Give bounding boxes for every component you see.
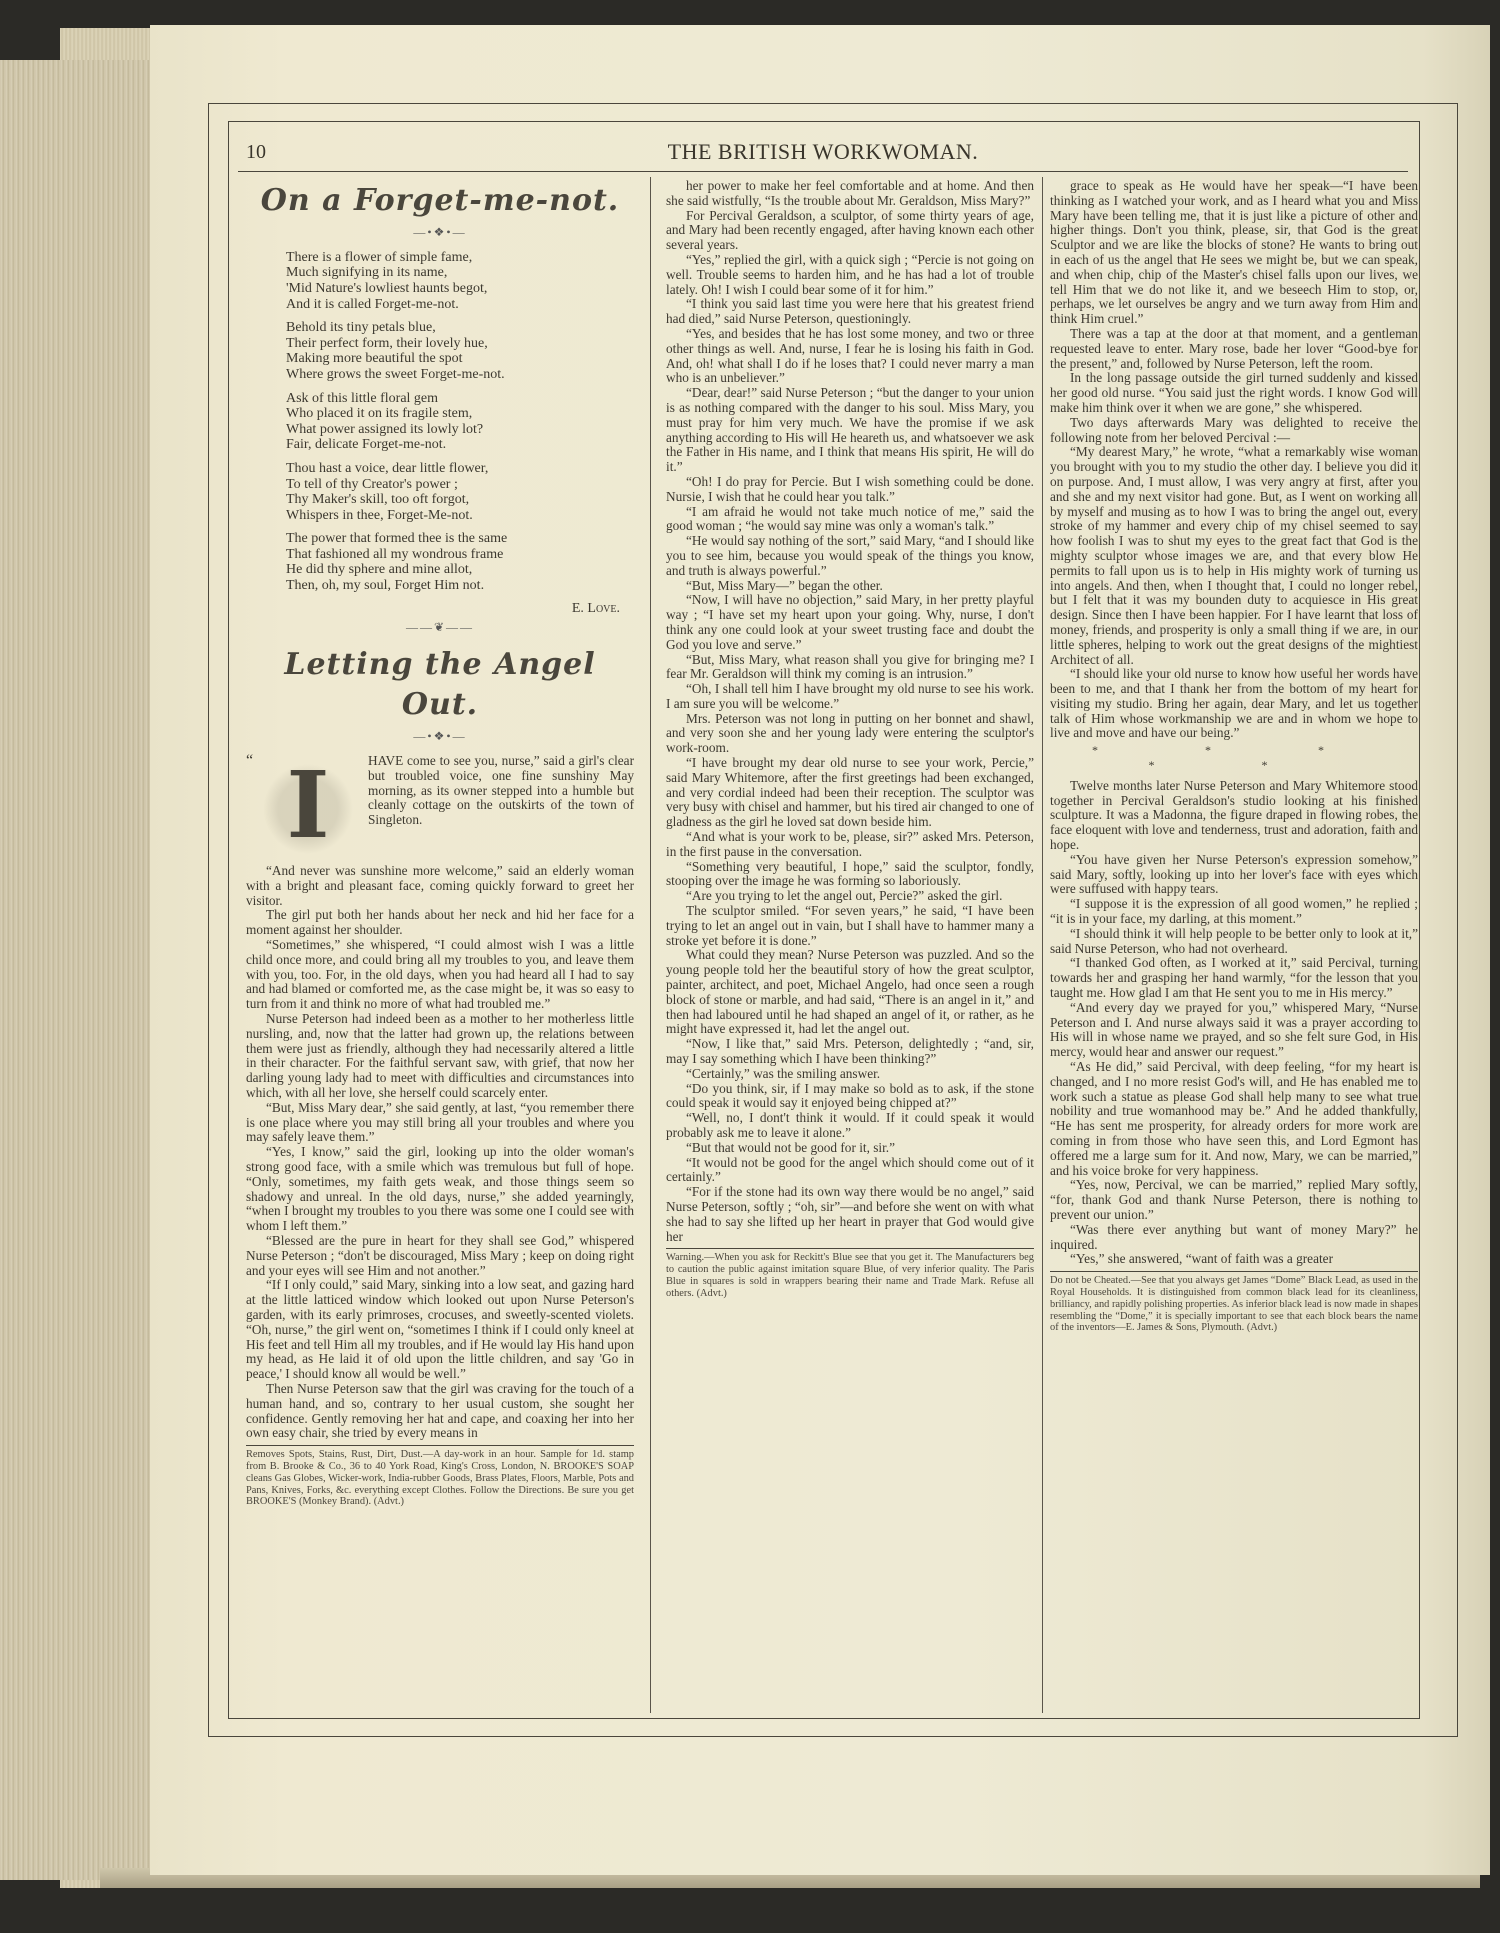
poem-stanza: Ask of this little floral gemWho placed …: [286, 391, 634, 453]
paragraph: Twelve months later Nurse Peterson and M…: [1050, 779, 1418, 853]
poem-line: Much signifying in its name,: [286, 265, 634, 281]
poem-line: Who placed it on its fragile stem,: [286, 406, 634, 422]
poem-line: Ask of this little floral gem: [286, 391, 634, 407]
paragraph: “I have brought my dear old nurse to see…: [666, 756, 1034, 830]
column-1: On a Forget-me-not. —•❖•— There is a flo…: [246, 179, 634, 1508]
paragraph: “Blessed are the pure in heart for they …: [246, 1234, 634, 1278]
poem-line: Their perfect form, their lovely hue,: [286, 336, 634, 352]
section-break-stars: * * * * *: [1050, 743, 1418, 773]
poem-stanza: The power that formed thee is the sameTh…: [286, 531, 634, 593]
paragraph: In the long passage outside the girl tur…: [1050, 371, 1418, 415]
poem-line: Thy Maker's skill, too oft forgot,: [286, 492, 634, 508]
poem-title: On a Forget-me-not.: [246, 181, 634, 221]
paragraph: The sculptor smiled. “For seven years,” …: [666, 904, 1034, 948]
column-3-paragraphs: grace to speak as He would have her spea…: [1050, 179, 1418, 741]
paragraph: “Yes, now, Percival, we can be married,”…: [1050, 1178, 1418, 1222]
paragraph: “You have given her Nurse Peterson's exp…: [1050, 853, 1418, 897]
poem-line: 'Mid Nature's lowliest haunts begot,: [286, 281, 634, 297]
paragraph: “Oh, I shall tell him I have brought my …: [666, 682, 1034, 712]
poem-line: The power that formed thee is the same: [286, 531, 634, 547]
paragraph: “Yes, I know,” said the girl, looking up…: [246, 1145, 634, 1234]
poem-line: Making more beautiful the spot: [286, 351, 634, 367]
poem-stanza: Behold its tiny petals blue,Their perfec…: [286, 320, 634, 382]
poem-line: He did thy sphere and mine allot,: [286, 562, 634, 578]
poem-line: Thou hast a voice, dear little flower,: [286, 461, 634, 477]
advert-james-dome-black-lead: Do not be Cheated.—See that you always g…: [1050, 1271, 1418, 1334]
poem-stanza: There is a flower of simple fame,Much si…: [286, 250, 634, 312]
paragraph: “I should think it will help people to b…: [1050, 927, 1418, 957]
paragraph: What could they mean? Nurse Peterson was…: [666, 948, 1034, 1037]
column-3-paragraphs-after-break: Twelve months later Nurse Peterson and M…: [1050, 779, 1418, 1267]
poem-line: There is a flower of simple fame,: [286, 250, 634, 266]
poem-line: Where grows the sweet Forget-me-not.: [286, 367, 634, 383]
paragraph: “Yes, and besides that he has lost some …: [666, 327, 1034, 386]
paragraph: Nurse Peterson had indeed been as a moth…: [246, 1012, 634, 1101]
decorative-dropcap-icon: I: [262, 750, 354, 868]
ornament-divider: —•❖•—: [246, 729, 634, 744]
column-2-paragraphs: her power to make her feel comfortable a…: [666, 179, 1034, 1244]
paragraph: “Now, I will have no objection,” said Ma…: [666, 593, 1034, 652]
poem-line: To tell of thy Creator's power ;: [286, 477, 634, 493]
paragraph: “Oh! I do pray for Percie. But I wish so…: [666, 475, 1034, 505]
masthead-title: THE BRITISH WORKWOMAN.: [238, 139, 1408, 165]
paragraph: “But, Miss Mary, what reason shall you g…: [666, 653, 1034, 683]
paragraph: Then Nurse Peterson saw that the girl wa…: [246, 1382, 634, 1441]
paragraph: “Yes,” replied the girl, with a quick si…: [666, 253, 1034, 297]
paragraph: “And never was sunshine more welcome,” s…: [246, 864, 634, 908]
paragraph: For Percival Geraldson, a sculptor, of s…: [666, 209, 1034, 253]
paragraph: “It would not be good for the angel whic…: [666, 1156, 1034, 1186]
column-divider-1: [650, 177, 651, 1713]
paragraph: “Are you trying to let the angel out, Pe…: [666, 889, 1034, 904]
paragraph: “And what is your work to be, please, si…: [666, 830, 1034, 860]
column-divider-2: [1042, 177, 1043, 1713]
paragraph: her power to make her feel comfortable a…: [666, 179, 1034, 209]
paragraph: “Dear, dear!” said Nurse Peterson ; “but…: [666, 386, 1034, 475]
paragraph: “I should like your old nurse to know ho…: [1050, 667, 1418, 741]
paragraph: “But that would not be good for it, sir.…: [666, 1141, 1034, 1156]
page-header: 10 THE BRITISH WORKWOMAN.: [238, 137, 1408, 172]
column-2: her power to make her feel comfortable a…: [666, 179, 1034, 1300]
poem-line: Then, oh, my soul, Forget Him not.: [286, 578, 634, 594]
paragraph: “I think you said last time you were her…: [666, 297, 1034, 327]
poem-line: Fair, delicate Forget-me-not.: [286, 437, 634, 453]
column-3: grace to speak as He would have her spea…: [1050, 179, 1418, 1334]
ornament-divider: —•❖•—: [246, 225, 634, 240]
paragraph: “My dearest Mary,” he wrote, “what a rem…: [1050, 445, 1418, 667]
paragraph: “But, Miss Mary—” began the other.: [666, 579, 1034, 594]
paragraph: “He would say nothing of the sort,” said…: [666, 534, 1034, 578]
book-page-edges: [0, 60, 160, 1880]
paragraph: Mrs. Peterson was not long in putting on…: [666, 712, 1034, 756]
poem-author: E. Love.: [246, 602, 620, 617]
column-1-paragraphs: “And never was sunshine more welcome,” s…: [246, 864, 634, 1441]
paragraph: “But, Miss Mary dear,” she said gently, …: [246, 1101, 634, 1145]
poem-line: Behold its tiny petals blue,: [286, 320, 634, 336]
paragraph: “I suppose it is the expression of all g…: [1050, 897, 1418, 927]
poem-line: Whispers in thee, Forget-Me-not.: [286, 508, 634, 524]
poem-line: And it is called Forget-me-not.: [286, 297, 634, 313]
paragraph: “And every day we prayed for you,” whisp…: [1050, 1001, 1418, 1060]
paragraph: “I am afraid he would not take much noti…: [666, 505, 1034, 535]
paragraph: “Yes,” she answered, “want of faith was …: [1050, 1252, 1418, 1267]
paragraph: “Well, no, I dont't think it would. If i…: [666, 1111, 1034, 1141]
paragraph: “I thanked God often, as I worked at it,…: [1050, 956, 1418, 1000]
poem-line: That fashioned all my wondrous frame: [286, 547, 634, 563]
story-opening-paragraph: “ I HAVE come to see you, nurse,” said a…: [246, 754, 634, 864]
opening-text: HAVE come to see you, nurse,” said a gir…: [368, 753, 634, 827]
advert-brookes-soap: Removes Spots, Stains, Rust, Dirt, Dust.…: [246, 1445, 634, 1508]
paragraph: grace to speak as He would have her spea…: [1050, 179, 1418, 327]
paragraph: “Do you think, sir, if I may make so bol…: [666, 1082, 1034, 1112]
poem-body: There is a flower of simple fame,Much si…: [286, 250, 634, 594]
paragraph: “Sometimes,” she whispered, “I could alm…: [246, 938, 634, 1012]
paragraph: “As He did,” said Percival, with deep fe…: [1050, 1060, 1418, 1178]
poem-line: What power assigned its lowly lot?: [286, 422, 634, 438]
opening-quote-mark: “: [246, 754, 253, 769]
paragraph: Two days afterwards Mary was delighted t…: [1050, 416, 1418, 446]
newspaper-page: 10 THE BRITISH WORKWOMAN. On a Forget-me…: [150, 25, 1490, 1875]
paragraph: “Now, I like that,” said Mrs. Peterson, …: [666, 1037, 1034, 1067]
ornament-divider: ——❦——: [246, 620, 634, 635]
paragraph: “Something very beautiful, I hope,” said…: [666, 860, 1034, 890]
advert-reckitts-blue: Warning.—When you ask for Reckitt's Blue…: [666, 1248, 1034, 1299]
paragraph: There was a tap at the door at that mome…: [1050, 327, 1418, 371]
poem-stanza: Thou hast a voice, dear little flower,To…: [286, 461, 634, 523]
paragraph: “Certainly,” was the smiling answer.: [666, 1067, 1034, 1082]
paragraph: “For if the stone had its own way there …: [666, 1185, 1034, 1244]
paragraph: The girl put both her hands about her ne…: [246, 908, 634, 938]
paragraph: “If I only could,” said Mary, sinking in…: [246, 1278, 634, 1382]
story-title: Letting the Angel Out.: [246, 645, 634, 725]
paragraph: “Was there ever anything but want of mon…: [1050, 1223, 1418, 1253]
